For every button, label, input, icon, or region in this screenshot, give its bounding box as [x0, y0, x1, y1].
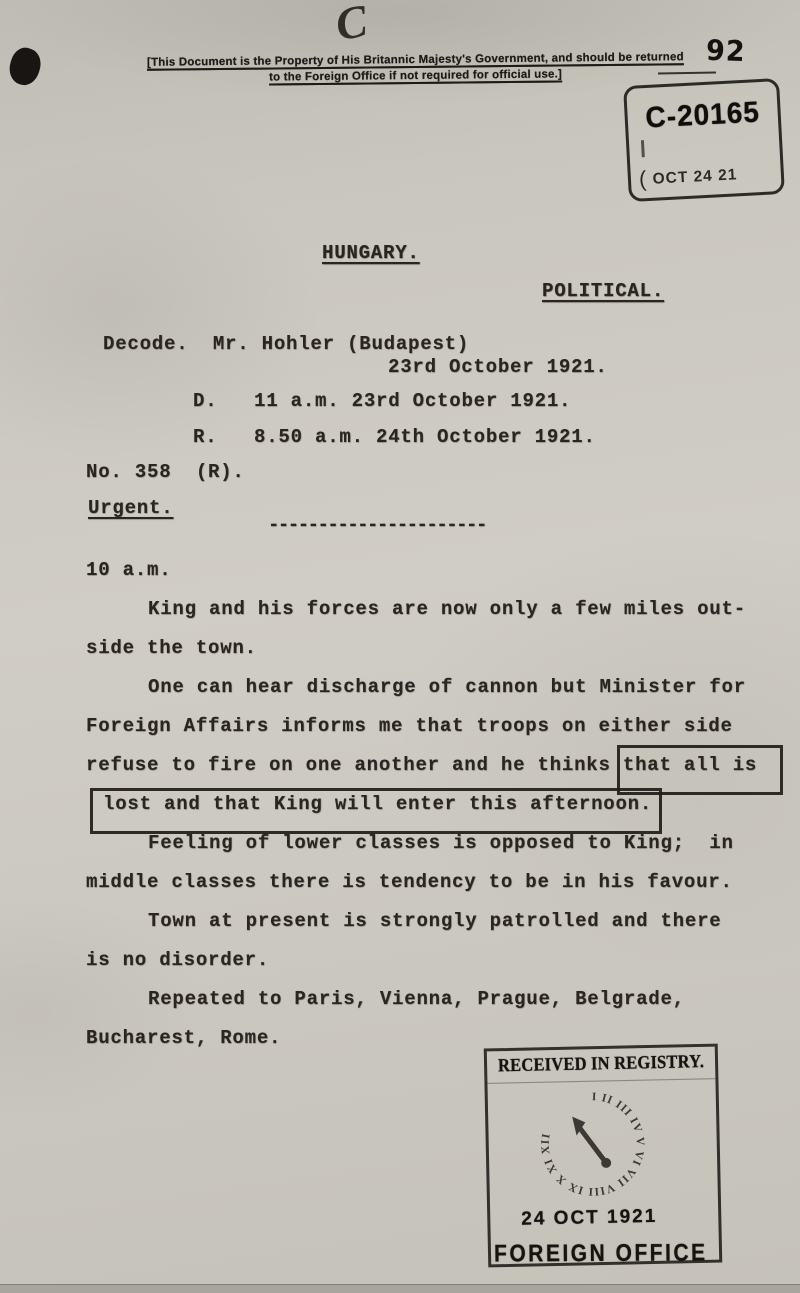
body-line: refuse to fire on one another and he thi… — [86, 746, 798, 785]
body-line: lost and that King will enter this after… — [86, 785, 798, 824]
country-heading: HUNGARY. — [322, 242, 420, 264]
time-note: 10 a.m. — [86, 551, 798, 590]
origin-date: 23rd October 1921. — [388, 356, 608, 378]
notice-underline-extension — [658, 71, 716, 74]
registry-received-date: 24 OCT 1921 — [490, 1205, 688, 1231]
body-line: Foreign Affairs informs me that troops o… — [86, 707, 798, 746]
handwritten-classification-mark: C — [332, 0, 371, 51]
message-body: 10 a.m. King and his forces are now only… — [86, 551, 798, 1058]
separator-dashes: ---------------------- — [268, 514, 486, 536]
registry-stamp-title: RECEIVED IN REGISTRY. — [487, 1050, 716, 1084]
scan-edge-band — [0, 1284, 800, 1293]
body-line: Repeated to Paris, Vienna, Prague, Belgr… — [86, 980, 798, 1019]
priority-label: Urgent. — [88, 497, 173, 519]
property-notice-line1: [This Document is the Property of His Br… — [128, 51, 703, 69]
despatched-line: D. 11 a.m. 23rd October 1921. — [193, 390, 571, 412]
category-heading: POLITICAL. — [542, 280, 664, 302]
telegram-number: No. 358 (R). — [86, 461, 245, 483]
dial-arrow-hand — [572, 1116, 611, 1169]
received-line: R. 8.50 a.m. 24th October 1921. — [193, 426, 596, 448]
registry-stamp-date-row: ( OCT 24 21 — [638, 161, 738, 192]
scanned-telegram-page: { "document": { "classification_mark": "… — [0, 0, 800, 1293]
registry-number: C-20165 — [627, 94, 779, 135]
stamp-bracket-mark: ( — [638, 166, 648, 191]
received-in-registry-stamp: RECEIVED IN REGISTRY. I II III IV V VI V… — [484, 1044, 723, 1268]
decode-sender-line: Decode. Mr. Hohler (Budapest) — [103, 333, 469, 355]
body-line: middle classes there is tendency to be i… — [86, 863, 798, 902]
registry-clock-dial: I II III IV V VI VII VIII IX X XI XII — [533, 1084, 653, 1204]
punch-hole-mark — [5, 44, 45, 88]
stamp-tick-mark — [641, 140, 644, 157]
property-notice-line2: to the Foreign Office if not required fo… — [269, 68, 562, 83]
body-line: is no disorder. — [86, 941, 798, 980]
registry-stamp-date: OCT 24 21 — [652, 166, 738, 187]
registry-office-name: FOREIGN OFFICE — [494, 1240, 708, 1269]
registry-number-stamp: C-20165 ( OCT 24 21 — [623, 78, 785, 202]
body-line: side the town. — [86, 629, 798, 668]
body-line: Feeling of lower classes is opposed to K… — [86, 824, 798, 863]
body-line: One can hear discharge of cannon but Min… — [86, 668, 798, 707]
folio-number: 92 — [705, 35, 746, 69]
property-notice: [This Document is the Property of His Br… — [128, 51, 703, 87]
body-line: Town at present is strongly patrolled an… — [86, 902, 798, 941]
body-line: King and his forces are now only a few m… — [86, 590, 798, 629]
